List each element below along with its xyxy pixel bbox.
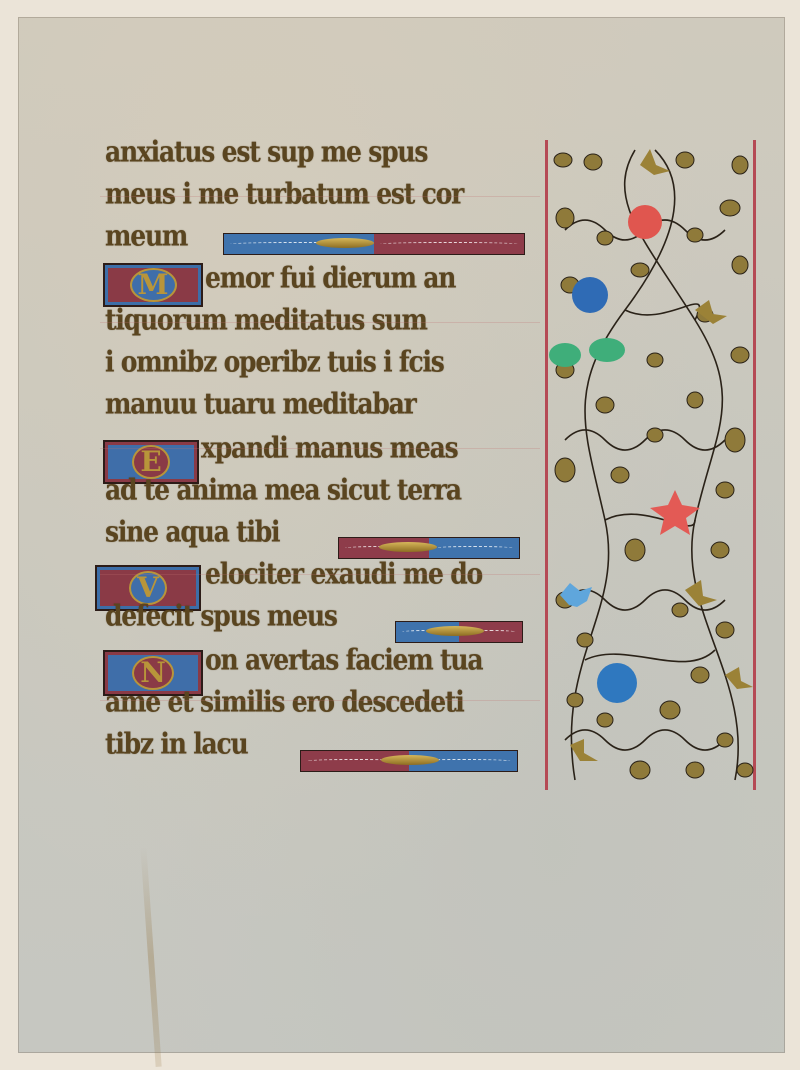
text-line: tibz in lacu xyxy=(105,727,248,766)
red-flower-icon xyxy=(628,205,662,239)
text-line: ad te anima mea sicut terra xyxy=(105,473,461,512)
gold-leaf-icon xyxy=(570,739,598,761)
line-filler xyxy=(223,233,525,255)
text-line: elociter exaudi me do xyxy=(205,557,482,596)
text-line: xpandi manus meas xyxy=(201,431,457,470)
blue-berry-icon xyxy=(597,663,637,703)
ruling-line xyxy=(100,700,540,701)
ruling-line xyxy=(100,196,540,197)
text-line: anxiatus est sup me spus xyxy=(105,135,427,174)
line-filler xyxy=(395,621,523,643)
line-filler xyxy=(338,537,520,559)
text-line: ame et similis ero descedeti xyxy=(105,685,464,724)
green-leaf-icon xyxy=(549,343,581,367)
initial-letter: M xyxy=(130,268,177,302)
text-line: manuu tuaru meditabar xyxy=(105,387,416,426)
ruling-line xyxy=(100,322,540,323)
ruling-line xyxy=(100,574,540,575)
gold-leaf-icon xyxy=(685,580,717,606)
text-line: sine aqua tibi xyxy=(105,515,279,554)
line-filler xyxy=(300,750,518,772)
gold-bar-icon xyxy=(426,626,484,636)
text-line: emor fui dierum an xyxy=(205,261,455,300)
gold-bar-icon xyxy=(381,755,439,765)
vellum-stain xyxy=(140,847,161,1067)
vinework-icon xyxy=(545,140,767,790)
red-star-flower-icon xyxy=(650,490,700,535)
green-leaf-icon xyxy=(589,338,625,362)
text-line: defecit spus meus xyxy=(105,599,337,638)
text-line: i omnibz operibz tuis i fcis xyxy=(105,345,444,384)
ruling-line xyxy=(100,448,540,449)
blue-berry-icon xyxy=(572,277,608,313)
gold-bar-icon xyxy=(316,238,374,248)
decorated-initial-m: M xyxy=(103,263,203,307)
gold-leaf-icon xyxy=(725,667,753,689)
text-line: on avertas faciem tua xyxy=(205,643,482,682)
gold-bar-icon xyxy=(379,542,437,552)
decorated-border xyxy=(545,140,767,790)
text-line: meum xyxy=(105,219,187,258)
